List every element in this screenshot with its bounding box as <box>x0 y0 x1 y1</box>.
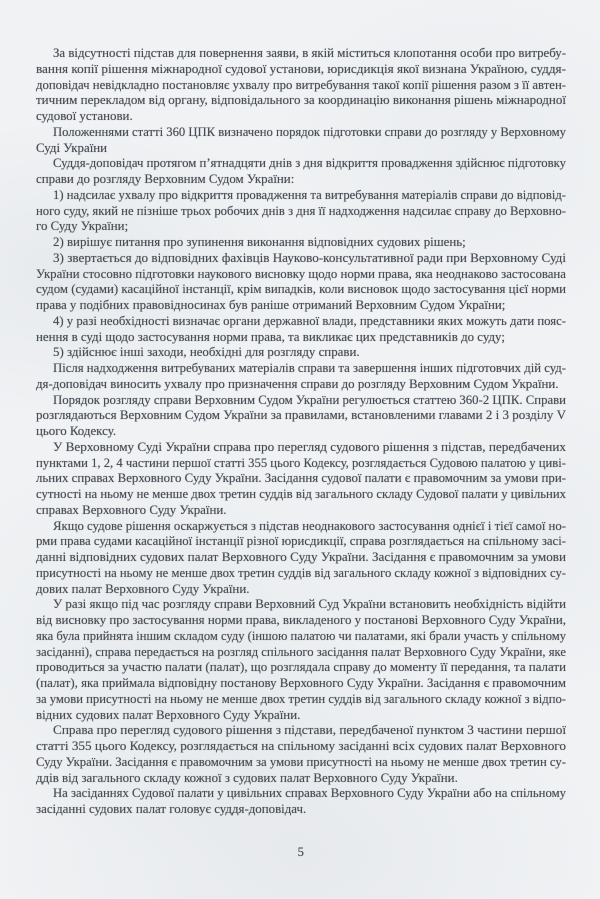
text-line: справи до розгляду Верховним Судом Украї… <box>36 172 566 188</box>
text-line: України стосовно підготовки наукового ви… <box>36 267 566 283</box>
text-line: тичним перекладом від органу, відповідал… <box>36 93 566 109</box>
text-line: За відсутності підстав для повернення за… <box>36 46 566 62</box>
text-line: 1) надсилає ухвалу про відкриття провадж… <box>36 188 566 204</box>
text-line: ного суду, який не пізніше трьох робочих… <box>36 204 566 220</box>
text-line: від висновку про застосування норми прав… <box>36 613 566 629</box>
text-line: вання копії рішення міжнародної судової … <box>36 62 566 78</box>
text-line: доповідач невідкладно постановляє ухвалу… <box>36 78 566 94</box>
text-line: права у подібних правовідносинах був ран… <box>36 298 566 314</box>
text-line: дя-доповідач виносить ухвалу про признач… <box>36 377 566 393</box>
text-line: 2) вирішує питання про зупинення виконан… <box>36 235 566 251</box>
paragraph: Положеннями статті 360 ЦПК визначено пор… <box>36 125 566 157</box>
text-line: У Верховному Суді України справа про пер… <box>36 440 566 456</box>
text-line: 5) здійснює інші заходи, необхідні для р… <box>36 345 566 361</box>
text-line: На засіданнях Судової палати у цивільних… <box>36 786 566 802</box>
text-line: розглядаються Верховним Судом України за… <box>36 408 566 424</box>
page-number: 5 <box>36 845 566 860</box>
text-line: (палат), яка приймала відповідну постано… <box>36 676 566 692</box>
text-line: рми права судами касаційної інстанції рі… <box>36 534 566 550</box>
paragraph: 3) звертається до відповідних фахівців Н… <box>36 251 566 314</box>
paragraph: Суддя-доповідач протягом п’ятнадцяти дні… <box>36 156 566 188</box>
text-line: судом (судами) касаційної інстанції, крі… <box>36 282 566 298</box>
paragraph: У разі якщо під час розгляду справи Верх… <box>36 597 566 723</box>
text-line: Положеннями статті 360 ЦПК визначено пор… <box>36 125 566 141</box>
text-line: судової установи. <box>36 109 566 125</box>
paragraph: Справа про перегляд судового рішення з п… <box>36 723 566 786</box>
text-line: цього Кодексу. <box>36 424 566 440</box>
text-line: присутності на ньому не менше двох трети… <box>36 566 566 582</box>
text-line: У разі якщо під час розгляду справи Верх… <box>36 597 566 613</box>
paragraph: За відсутності підстав для повернення за… <box>36 46 566 125</box>
paragraph: У Верховному Суді України справа про пер… <box>36 440 566 519</box>
text-line: Якщо судове рішення оскаржується з підст… <box>36 519 566 535</box>
text-line: відних судових палат Верховного Суду Укр… <box>36 708 566 724</box>
text-line: Суду України. Засідання є правомочним за… <box>36 755 566 771</box>
paragraph: Порядок розгляду справи Верховним Судом … <box>36 393 566 440</box>
text-line: за умови присутності на ньому не менше д… <box>36 692 566 708</box>
text-line: проводиться за участю палати (палат), що… <box>36 660 566 676</box>
text-line: Справа про перегляд судового рішення з п… <box>36 723 566 739</box>
text-line: Суді України <box>36 141 566 157</box>
paragraph: 2) вирішує питання про зупинення виконан… <box>36 235 566 251</box>
text-line: статті 355 цього Кодексу, розглядається … <box>36 739 566 755</box>
paragraph: На засіданнях Судової палати у цивільних… <box>36 786 566 818</box>
text-line: Після надходження витребуваних матеріалі… <box>36 361 566 377</box>
text-line: сутності на ньому не менше двох третин с… <box>36 487 566 503</box>
text-line: справах Верховного Суду України. <box>36 503 566 519</box>
document-body: За відсутності підстав для повернення за… <box>36 46 566 818</box>
text-line: нення в суді щодо застосування норми пра… <box>36 330 566 346</box>
text-line: Суддя-доповідач протягом п’ятнадцяти дні… <box>36 156 566 172</box>
text-line: яка була прийнята іншим складом суду (ін… <box>36 629 566 645</box>
text-line: данні відповідних судових палат Верховно… <box>36 550 566 566</box>
paragraph: 5) здійснює інші заходи, необхідні для р… <box>36 345 566 361</box>
text-line: го Суду України; <box>36 219 566 235</box>
text-line: 4) у разі необхідності визначає органи д… <box>36 314 566 330</box>
scanned-document-page: За відсутності підстав для повернення за… <box>0 0 600 899</box>
text-line: 3) звертається до відповідних фахівців Н… <box>36 251 566 267</box>
text-line: ддів від загального складу кожної з судо… <box>36 771 566 787</box>
text-line: льних справах Верховного Суду України. З… <box>36 471 566 487</box>
paragraph: Після надходження витребуваних матеріалі… <box>36 361 566 393</box>
text-line: засіданні судових палат головує суддя-до… <box>36 802 566 818</box>
text-line: пунктами 1, 2, 4 частини першої статті 3… <box>36 456 566 472</box>
paragraph: 1) надсилає ухвалу про відкриття провадж… <box>36 188 566 235</box>
paragraph: 4) у разі необхідності визначає органи д… <box>36 314 566 346</box>
paragraph: Якщо судове рішення оскаржується з підст… <box>36 519 566 598</box>
text-line: Порядок розгляду справи Верховним Судом … <box>36 393 566 409</box>
text-line: дових палат Верховного Суду України. <box>36 582 566 598</box>
text-line: засіданні), справа передається на розгля… <box>36 645 566 661</box>
